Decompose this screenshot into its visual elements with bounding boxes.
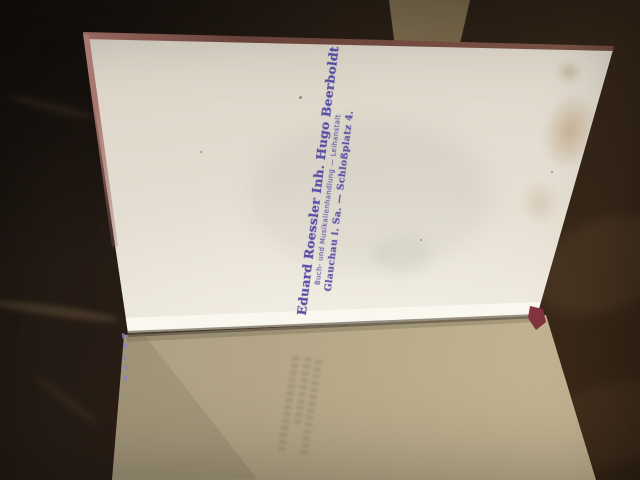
leather-crease (8, 93, 97, 122)
binding-stitch (124, 343, 128, 349)
page-speck (299, 96, 302, 99)
page-stain (520, 180, 560, 226)
leather-crease (0, 297, 120, 325)
page-speck (200, 151, 202, 153)
photo-open-book: Eduard Roessler Inh. Hugo Beerboldt Buch… (0, 0, 640, 480)
binding-stitch (125, 365, 129, 371)
page-stain (556, 60, 582, 84)
page-discoloration (250, 120, 490, 270)
page-discoloration (372, 238, 432, 272)
page-stain (535, 87, 604, 175)
binding-stitch (121, 333, 125, 339)
page-speck (551, 171, 553, 173)
leather-crease (32, 372, 100, 428)
page-speck (420, 239, 422, 241)
